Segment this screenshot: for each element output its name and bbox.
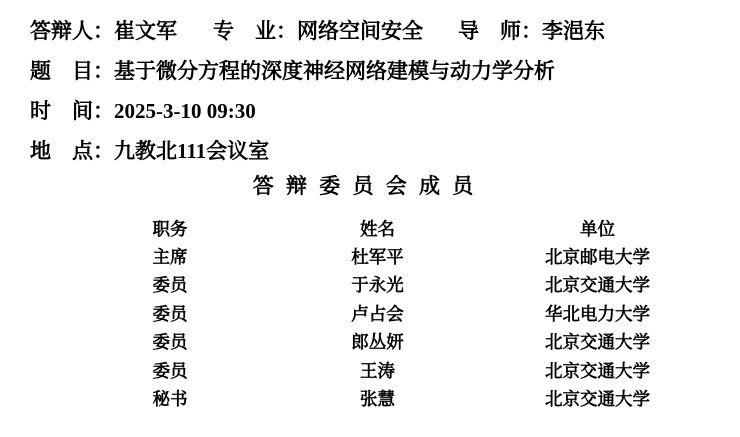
member-affiliation: 华北电力大学 [505,301,690,326]
defense-announcement-page: 答辩人：崔文军 专 业：网络空间安全 导 师：李浥东 题 目：基于微分方程的深度… [0,0,740,437]
location-label: 地 点： [30,139,114,163]
member-role: 委员 [90,301,250,326]
member-role: 委员 [90,358,250,383]
member-affiliation: 北京交通大学 [505,329,690,354]
committee-section-title: 答 辩 委 员 会 成 员 [0,170,726,200]
info-line-location: 地 点：九教北111会议室 [30,130,605,170]
column-header-name: 姓名 [250,216,505,241]
committee-member-row: 委员 卢占会 华北电力大学 [90,299,690,327]
member-role: 主席 [90,244,250,269]
member-name: 张慧 [250,386,505,411]
major-value: 网络空间安全 [297,19,423,43]
committee-member-row: 委员 王涛 北京交通大学 [90,356,690,384]
advisor-field: 导 师：李浥东 [458,15,605,45]
advisor-label: 导 师： [458,19,542,43]
member-affiliation: 北京邮电大学 [505,244,690,269]
defender-label: 答辩人： [30,19,114,43]
committee-member-row: 委员 于永光 北京交通大学 [90,271,690,299]
defender-field: 答辩人：崔文军 [30,15,177,45]
column-header-role: 职务 [90,216,250,241]
committee-table: 职务 姓名 单位 主席 杜军平 北京邮电大学 委员 于永光 北京交通大学 委员 … [90,214,690,413]
time-value: 2025-3-10 09:30 [114,99,256,123]
advisor-value: 李浥东 [542,19,605,43]
committee-member-row: 主席 杜军平 北京邮电大学 [90,242,690,270]
info-line-defender-major-advisor: 答辩人：崔文军 专 业：网络空间安全 导 师：李浥东 [30,10,605,50]
location-field: 地 点：九教北111会议室 [30,135,269,165]
member-name: 卢占会 [250,301,505,326]
member-name: 于永光 [250,272,505,297]
defense-info-block: 答辩人：崔文军 专 业：网络空间安全 导 师：李浥东 题 目：基于微分方程的深度… [30,10,605,170]
member-affiliation: 北京交通大学 [505,358,690,383]
member-affiliation: 北京交通大学 [505,386,690,411]
member-role: 委员 [90,329,250,354]
topic-field: 题 目：基于微分方程的深度神经网络建模与动力学分析 [30,55,555,85]
time-label: 时 间： [30,99,114,123]
member-role: 秘书 [90,386,250,411]
location-value: 九教北111会议室 [114,139,269,163]
column-header-affiliation: 单位 [505,216,690,241]
member-name: 杜军平 [250,244,505,269]
member-name: 郎丛妍 [250,329,505,354]
info-line-topic: 题 目：基于微分方程的深度神经网络建模与动力学分析 [30,50,605,90]
info-line-time: 时 间：2025-3-10 09:30 [30,90,605,130]
committee-member-row: 秘书 张慧 北京交通大学 [90,384,690,412]
topic-value: 基于微分方程的深度神经网络建模与动力学分析 [114,59,555,83]
member-role: 委员 [90,272,250,297]
committee-members: 主席 杜军平 北京邮电大学 委员 于永光 北京交通大学 委员 卢占会 华北电力大… [90,242,690,412]
major-field: 专 业：网络空间安全 [213,15,423,45]
time-field: 时 间：2025-3-10 09:30 [30,95,256,125]
major-label: 专 业： [213,19,297,43]
committee-member-row: 委员 郎丛妍 北京交通大学 [90,328,690,356]
topic-label: 题 目： [30,59,114,83]
member-affiliation: 北京交通大学 [505,272,690,297]
member-name: 王涛 [250,358,505,383]
committee-table-header-row: 职务 姓名 单位 [90,214,690,242]
defender-value: 崔文军 [114,19,177,43]
